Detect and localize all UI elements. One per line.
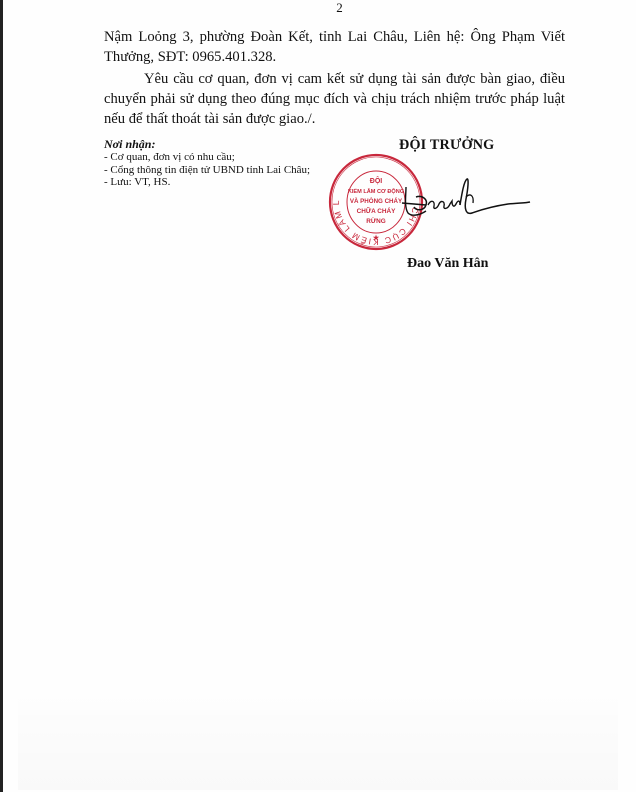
svg-text:ĐỘI: ĐỘI <box>370 176 383 185</box>
signer-title: ĐỘI TRƯỞNG <box>399 136 494 154</box>
page-number: 2 <box>3 0 636 16</box>
svg-text:RỪNG: RỪNG <box>366 216 386 225</box>
document-page: 2 Nậm Loỏng 3, phường Đoàn Kết, tỉnh Lai… <box>3 0 636 792</box>
paragraph-commitment-text: Yêu cầu cơ quan, đơn vị cam kết sử dụng … <box>104 71 565 127</box>
paper-show-through <box>18 690 618 790</box>
paragraph-commitment: Yêu cầu cơ quan, đơn vị cam kết sử dụng … <box>104 69 565 129</box>
recipient-item: - Cơ quan, đơn vị có nhu cầu; <box>104 151 334 164</box>
signer-name: Đao Văn Hân <box>407 255 488 273</box>
recipient-item: - Cổng thông tin điện tử UBND tỉnh Lai C… <box>104 164 334 177</box>
recipients-block: Nơi nhận: - Cơ quan, đơn vị có nhu cầu; … <box>104 137 334 189</box>
svg-text:VÀ PHÒNG CHÁY: VÀ PHÒNG CHÁY <box>350 197 403 205</box>
svg-text:KIỂM LÂM CƠ ĐỘNG: KIỂM LÂM CƠ ĐỘNG <box>348 187 404 195</box>
handwritten-signature-icon <box>398 175 533 225</box>
svg-text:★: ★ <box>373 234 380 242</box>
recipient-item: - Lưu: VT, HS. <box>104 176 334 189</box>
svg-text:CHỮA CHÁY: CHỮA CHÁY <box>357 206 397 215</box>
paragraph-address: Nậm Loỏng 3, phường Đoàn Kết, tỉnh Lai C… <box>104 27 565 67</box>
recipients-title: Nơi nhận: <box>104 137 334 151</box>
